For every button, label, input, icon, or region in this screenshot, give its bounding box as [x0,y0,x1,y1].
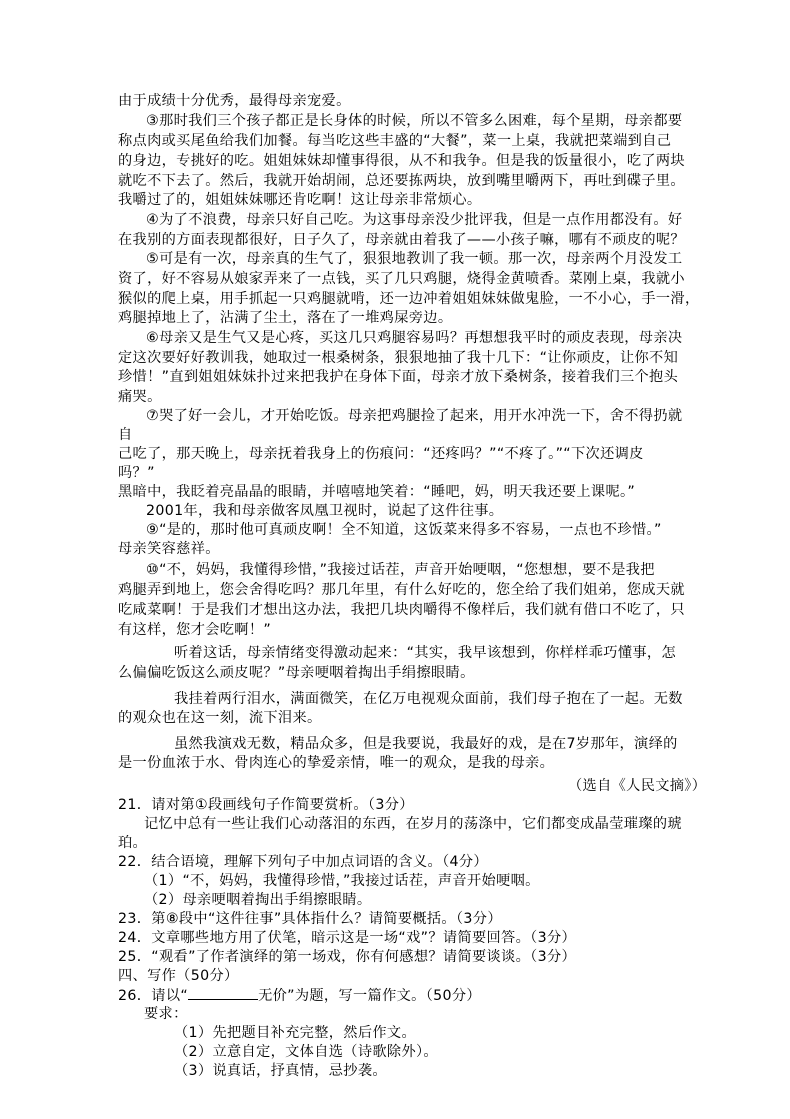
paragraph-12: 我挂着两行泪水，满面微笑，在亿万电视观众面前，我们母子抱在了一起。无数 [174,690,683,708]
question-25: 25．“观看”了作者演绎的第一场戏，你有何感想？请简要谈谈。（3分） [118,948,576,966]
paragraph-11: 听着这话，母亲情绪变得激动起来：“其实，我早该想到，你样样乖巧懂事，怎 [174,644,676,662]
article-line: 珍惜！”直到姐姐妹妹扑过来把我护在身体下面，母亲才放下桑树条，接着我们三个抱头 [118,368,678,386]
paragraph-10: ⑩“不，妈妈，我懂得珍惜，”我接过话茬，声音开始哽咽，“您想想，要不是我把 [146,561,655,579]
paragraph-3: ③那时我们三个孩子都正是长身体的时候，所以不管多么困难，每个星期，母亲都要 [146,112,682,130]
article-line: 就吃不下去了。然后，我就开始胡闹，总还要拣两块，放到嘴里嚼两下，再吐到碟子里。 [118,172,685,190]
question-22: 22．结合语境，理解下列句子中加点词语的含义。（4分） [118,853,488,871]
paragraph-9: ⑨“是的，那时他可真顽皮啊！全不知道，这饭菜来得多不容易，一点也不珍惜。” [146,521,662,539]
requirements-label: 要求： [144,1005,188,1023]
article-line: 是一份血浓于水、骨肉连心的挚爱亲情，唯一的观众，是我的母亲。 [118,754,554,772]
requirement-2: （2）立意自定，文体自选（诗歌除外）。 [174,1043,438,1061]
article-line: 自 [118,426,133,444]
article-line: 黑暗中，我眨着亮晶晶的眼睛，并嘻嘻地笑着：“睡吧，妈，明天我还要上课呢。” [118,483,635,501]
article-line: 我嚼过了的，姐姐妹妹哪还肯吃啊！这让母亲非常烦心。 [118,191,481,209]
section-4-heading: 四、写作（50分） [118,967,239,985]
article-line: 在我别的方面表现都很好，日子久了，母亲就由着我了——小孩子嘛，哪有不顽皮的呢？ [118,231,685,249]
article-line: 鸡腿弄到地上，您会舍得吃吗？那几年里，有什么好吃的，您全给了我们姐弟，您成天就 [118,581,685,599]
article-line: 称点肉或买尾鱼给我们加餐。每当吃这些丰盛的“大餐”，菜一上桌，我就把菜端到自己 [118,132,671,150]
article-line: 定这次要好好教训我，她取过一根桑树条，狠狠地抽了我十几下：“让你顽皮，让你不知 [118,349,678,367]
paragraph-8: 2001年，我和母亲做客凤凰卫视时，说起了这件往事。 [146,502,503,520]
paragraph-6: ⑥母亲又是生气又是心疼，买这几只鸡腿容易吗？再想想我平时的顽皮表现，母亲决 [146,329,682,347]
requirement-3: （3）说真话，抒真情，忌抄袭。 [174,1062,387,1080]
article-line: 猴似的爬上桌，用手抓起一只鸡腿就啃，还一边冲着姐姐妹妹做鬼脸，一不小心，手一滑， [118,290,700,308]
article-line: 吗？” [118,464,155,482]
article-line: 吃咸菜啊！于是我们才想出这办法，我把几块肉嚼得不像样后，我们就有借口不吃了，只 [118,601,685,619]
question-26: 26．请以“无价”为题，写一篇作文。（50分） [118,986,481,1004]
article-line: 母亲笑容慈祥。 [118,540,220,558]
article-line: 痛哭。 [118,388,162,406]
question-23: 23．第⑧段中“这件往事”具体指什么？请简要概括。（3分） [118,910,502,928]
question-21-quote: 记忆中总有一些让我们心动落泪的东西，在岁月的荡涤中，它们都变成晶莹璀璨的琥 [144,815,682,833]
article-line: 的观众也在这一刻，流下泪来。 [118,709,322,727]
article-line: 的身边，专挑好的吃。姐姐妹妹却懂事得很，从不和我争。但是我的饭量很小，吃了两块 [118,152,685,170]
article-line: 己吃了，那天晚上，母亲抚着我身上的伤痕问：“还疼吗？”“不疼了。”“下次还调皮 [118,445,644,463]
paragraph-5: ⑤可是有一次，母亲真的生气了，狠狠地教训了我一顿。那一次，母亲两个月没发工 [146,250,682,268]
question-24: 24．文章哪些地方用了伏笔，暗示这是一场“戏”？请简要回答。（3分） [118,929,576,947]
paragraph-13: 虽然我演戏无数，精品众多，但是我要说，我最好的戏，是在7岁那年，演绎的 [174,735,678,753]
article-line: 由于成绩十分优秀，最得母亲宠爱。 [118,92,351,110]
article-line: 资了，好不容易从娘家弄来了一点钱，买了几只鸡腿，烧得金黄喷香。菜刚上桌，我就小 [118,270,685,288]
requirement-1: （1）先把题目补充完整，然后作文。 [174,1024,416,1042]
article-line: 有这样，您才会吃啊！” [118,621,271,639]
question-22-item-1: （1）“不，妈妈，我懂得珍惜，”我接过话茬，声音开始哽咽。 [144,872,540,890]
paragraph-7: ⑦哭了好一会儿，才开始吃饭。母亲把鸡腿捡了起来，用开水冲洗一下，舍不得扔就 [146,407,682,425]
question-26-prefix: 26．请以“ [118,988,188,1004]
question-26-suffix: 无价”为题，写一篇作文。（50分） [258,988,481,1004]
question-22-item-2: （2）母亲哽咽着掏出手绢擦眼睛。 [144,891,371,909]
question-21-quote-end: 珀。 [118,834,147,852]
title-blank [188,986,258,1000]
paragraph-4: ④为了不浪费，母亲只好自己吃。为这事母亲没少批评我，但是一点作用都没有。好 [146,211,682,229]
source-citation: （选自《人民文摘》） [568,777,706,795]
article-line: 么偏偏吃饭这么顽皮呢？”母亲哽咽着掏出手绢擦眼睛。 [118,664,475,682]
question-21: 21．请对第①段画线句子作简要赏析。（3分） [118,796,414,814]
article-line: 鸡腿掉地上了，沾满了尘土，落在了一堆鸡屎旁边。 [118,309,452,327]
